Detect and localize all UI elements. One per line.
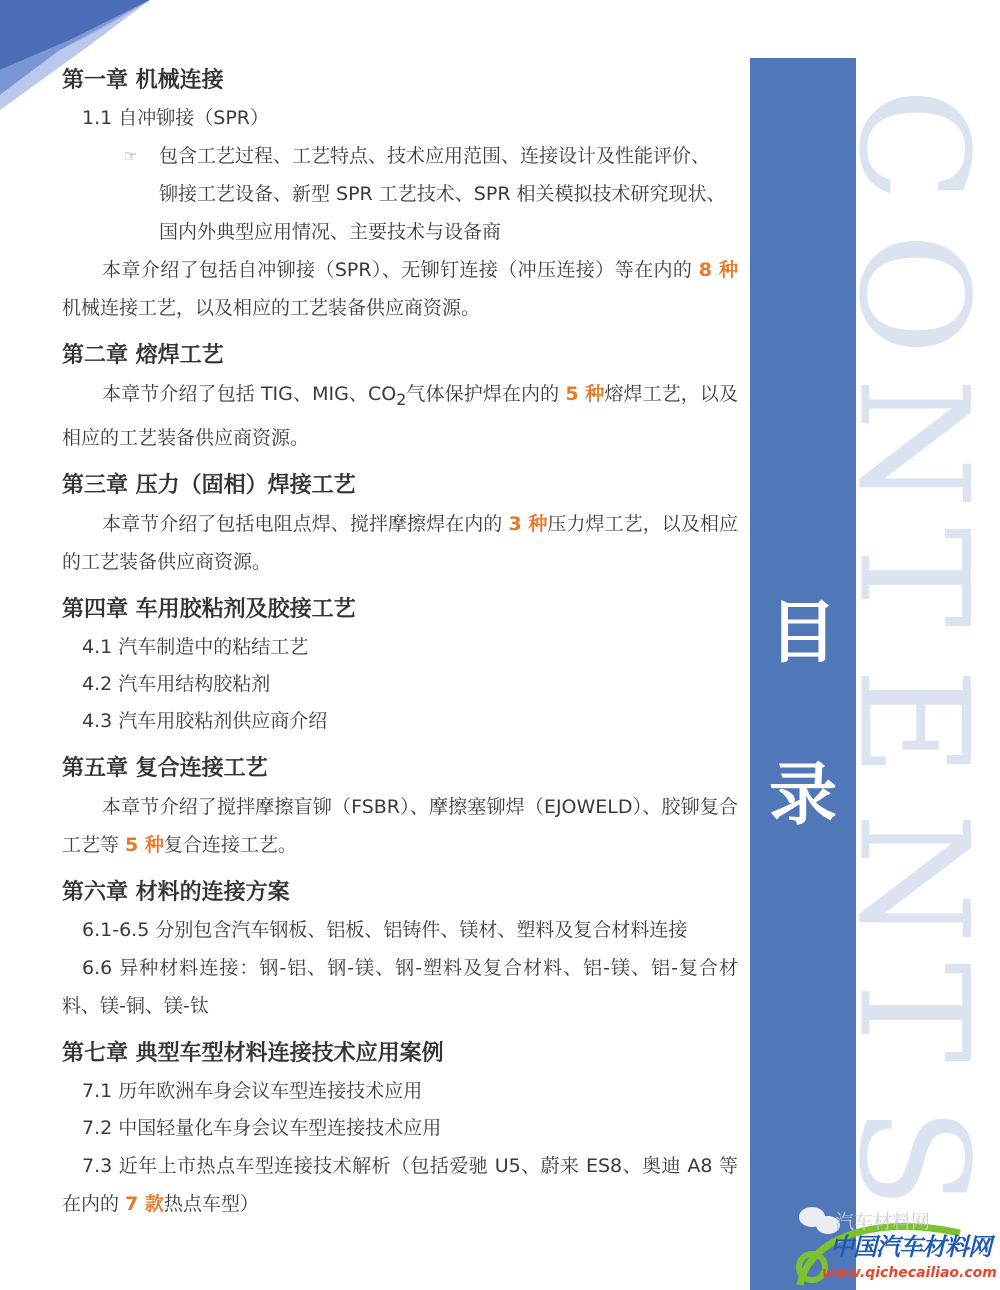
detail-line: 铆接工艺设备、新型 SPR 工艺技术、SPR 相关模拟技术研究现状、 [159,175,738,213]
watermark-letter: E [843,668,988,778]
brand-name: 中国汽车材料网 [830,1227,991,1262]
watermark-letter: N [843,378,988,488]
section-6-1-6-5: 6.1-6.5 分别包含汽车钢板、铝板、铝铸件、镁材、塑料及复合材料连接 [62,912,738,949]
summary-text: 复合连接工艺。 [164,834,297,856]
detail-line: 包含工艺过程、工艺特点、技术应用范围、连接设计及性能评价、 [159,137,738,175]
section-6-6: 6.6 异种材料连接：钢-铝、钢-镁、钢-塑料及复合材料、铝-镁、铝-复合材料、… [62,949,738,1025]
subscript: 2 [396,390,406,409]
watermark-letter: O [843,233,988,343]
chapter-3-summary: 本章节介绍了包括电阻点焊、搅拌摩擦焊在内的 3 种压力焊工艺，以及相应的工艺装备… [62,505,738,581]
section-4-1: 4.1 汽车制造中的粘结工艺 [62,629,738,666]
section-1-1: 1.1 自冲铆接（SPR） [62,100,738,137]
contents-watermark: C O N T E N T S [860,70,970,1230]
chapter-1-summary: 本章介绍了包括自冲铆接（SPR）、无铆钉连接（冲压连接）等在内的 8 种机械连接… [62,251,738,327]
chapter-5-title: 第五章 复合连接工艺 [62,750,738,788]
pointing-hand-icon: ☞ [124,137,137,175]
chapter-2-title: 第二章 熔焊工艺 [62,337,738,375]
chapter-2-summary: 本章节介绍了包括 TIG、MIG、CO2气体保护焊在内的 5 种熔焊工艺，以及相… [62,375,738,457]
highlight-count: 7 款 [125,1193,164,1215]
summary-text: 本章节介绍了包括电阻点焊、搅拌摩擦焊在内的 [102,513,508,535]
chapter-3-title: 第三章 压力（固相）焊接工艺 [62,467,738,505]
section-7-1: 7.1 历年欧洲车身会议车型连接技术应用 [62,1073,738,1110]
table-of-contents: 第一章 机械连接 1.1 自冲铆接（SPR） ☞ 包含工艺过程、工艺特点、技术应… [62,62,738,1223]
section-7-3: 7.3 近年上市热点车型连接技术解析（包括爱驰 U5、蔚来 ES8、奥迪 A8 … [62,1147,738,1223]
highlight-count: 5 种 [125,834,164,856]
site-watermark-logo: 汽车材料网 中国汽车材料网 www.qichecailiao.com [790,1195,1000,1290]
summary-text: 机械连接工艺，以及相应的工艺装备供应商资源。 [62,297,480,319]
summary-text: 气体保护焊在内的 [406,383,565,405]
highlight-count: 5 种 [565,383,604,405]
chapter-5-summary: 本章节介绍了搅拌摩擦盲铆（FSBR）、摩擦塞铆焊（EJOWELD）、胶铆复合工艺… [62,788,738,864]
watermark-letter: C [843,88,988,198]
summary-text: 本章介绍了包括自冲铆接（SPR）、无铆钉连接（冲压连接）等在内的 [102,259,699,281]
highlight-count: 3 种 [508,513,547,535]
watermark-letter: N [843,813,988,923]
summary-text: 热点车型） [164,1193,259,1215]
chapter-6-title: 第六章 材料的连接方案 [62,874,738,912]
watermark-letter: T [843,958,988,1068]
chapter-7-title: 第七章 典型车型材料连接技术应用案例 [62,1035,738,1073]
section-4-2: 4.2 汽车用结构胶粘剂 [62,666,738,703]
highlight-count: 8 种 [699,259,738,281]
detail-line: 国内外典型应用情况、主要技术与设备商 [159,213,738,251]
summary-text: 本章节介绍了包括 TIG、MIG、CO [102,383,396,405]
chapter-1-title: 第一章 机械连接 [62,62,738,100]
section-7-2: 7.2 中国轻量化车身会议车型连接技术应用 [62,1110,738,1147]
section-4-3: 4.3 汽车用胶粘剂供应商介绍 [62,703,738,740]
chapter-4-title: 第四章 车用胶粘剂及胶接工艺 [62,591,738,629]
brand-url: www.qichecailiao.com [822,1265,997,1281]
section-1-1-detail: ☞ 包含工艺过程、工艺特点、技术应用范围、连接设计及性能评价、 铆接工艺设备、新… [62,137,738,251]
watermark-letter: T [843,523,988,633]
